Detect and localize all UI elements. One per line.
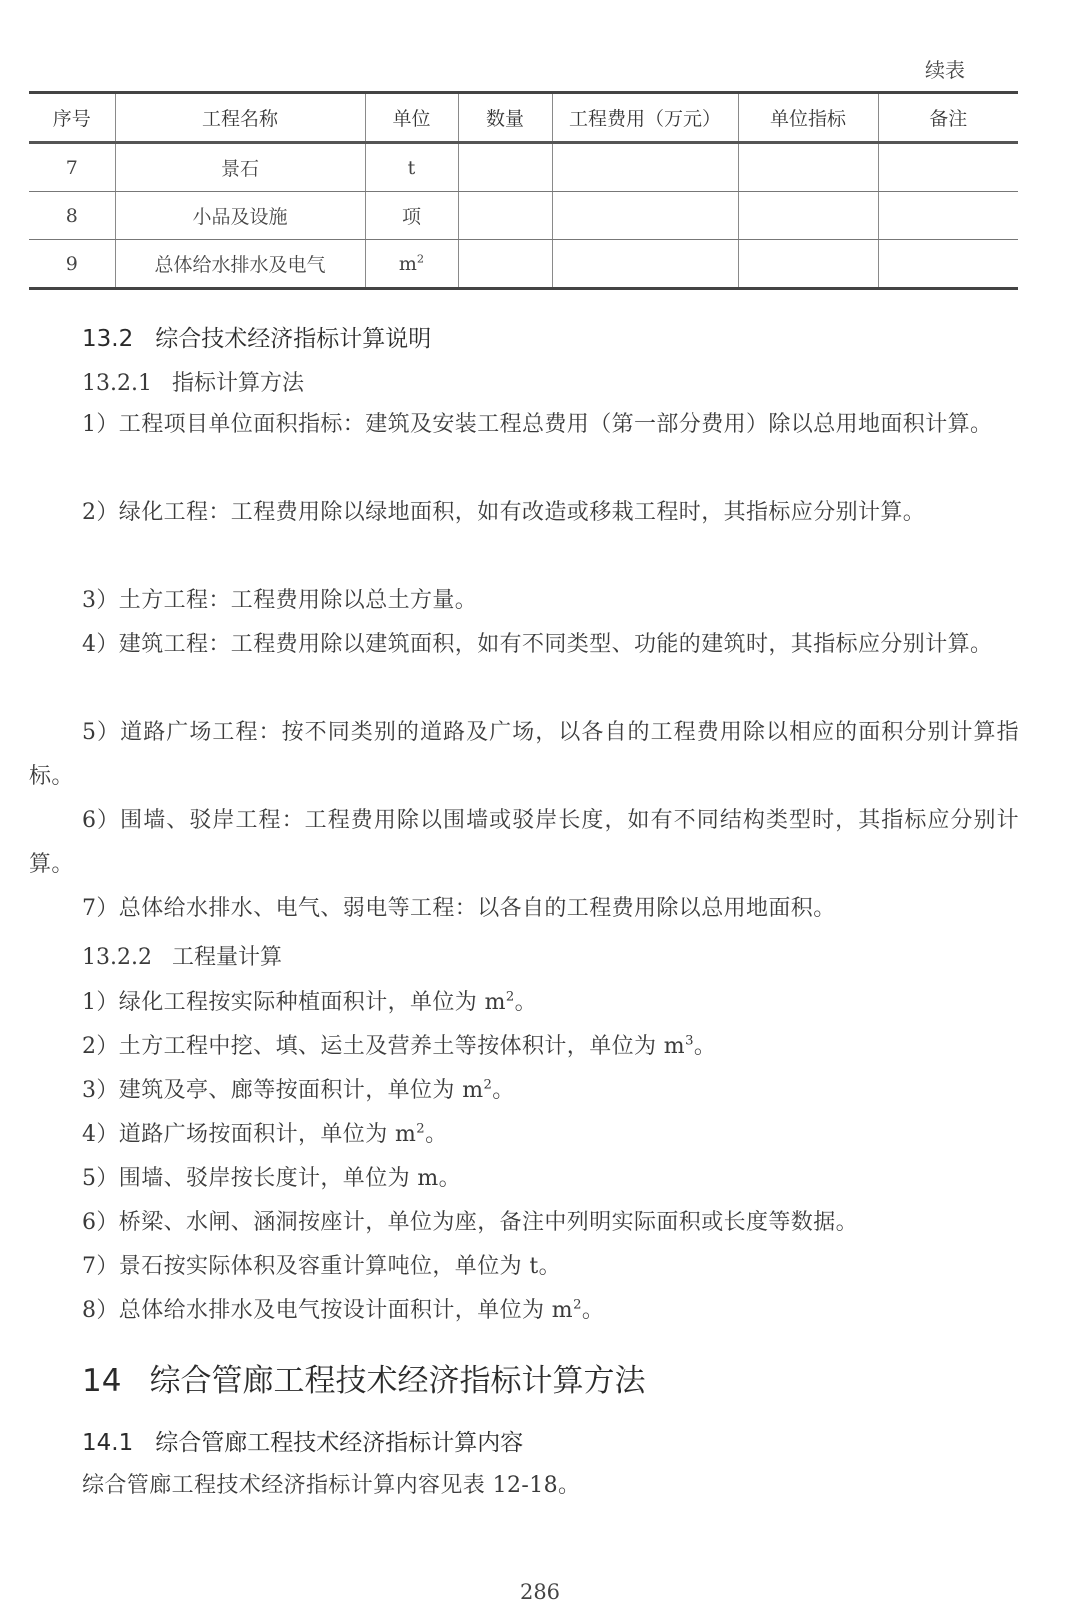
cell-name: 总体给水排水及电气 <box>115 240 365 289</box>
item-text: 3）建筑及亭、廊等按面积计，单位为 m <box>82 1078 483 1103</box>
header-name: 工程名称 <box>115 93 365 143</box>
page-number: 286 <box>0 1580 1080 1604</box>
subsection-title: 指标计算方法 <box>172 371 304 396</box>
cell-cost <box>552 143 738 192</box>
item-sup: 2 <box>483 1078 492 1093</box>
item-text: 1）绿化工程按实际种植面积计，单位为 m <box>82 990 506 1015</box>
paragraph: 综合管廊工程技术经济指标计算内容见表 12-18。 <box>82 1468 580 1499</box>
cell-no: 8 <box>29 192 115 240</box>
item-text: 7）景石按实际体积及容重计算吨位，单位为 t <box>82 1254 539 1279</box>
paragraph: 3）土方工程：工程费用除以总土方量。 <box>29 579 1019 623</box>
list-item: 8）总体给水排水及电气按设计面积计，单位为 m2。 <box>82 1293 604 1324</box>
section-number: 14.1 <box>82 1430 133 1456</box>
chapter-heading-14: 14综合管廊工程技术经济指标计算方法 <box>82 1355 645 1400</box>
table-row: 7 景石 t <box>29 143 1018 192</box>
list-item: 5）围墙、驳岸按长度计，单位为 m。 <box>82 1161 461 1192</box>
paragraph: 1）工程项目单位面积指标：建筑及安装工程总费用（第一部分费用）除以总用地面积计算… <box>29 403 1019 447</box>
cell-name: 景石 <box>115 143 365 192</box>
item-text: 5）围墙、驳岸按长度计，单位为 m <box>82 1166 439 1191</box>
unit-text: 项 <box>402 206 421 228</box>
subsection-number: 13.2.1 <box>82 371 152 396</box>
item-end: 。 <box>582 1298 604 1323</box>
header-cost: 工程费用（万元） <box>552 93 738 143</box>
paragraph: 7）总体给水排水、电气、弱电等工程：以各自的工程费用除以总用地面积。 <box>29 887 1019 931</box>
paragraph: 4）建筑工程：工程费用除以建筑面积，如有不同类型、功能的建筑时，其指标应分别计算… <box>29 623 1019 667</box>
cell-name: 小品及设施 <box>115 192 365 240</box>
item-end: 。 <box>694 1034 716 1059</box>
cell-no: 9 <box>29 240 115 289</box>
section-heading-14-1: 14.1综合管廊工程技术经济指标计算内容 <box>82 1424 523 1457</box>
item-end: 。 <box>425 1122 447 1147</box>
cell-note <box>878 192 1018 240</box>
item-text: 2）土方工程中挖、填、运土及营养土等按体积计，单位为 m <box>82 1034 685 1059</box>
header-note: 备注 <box>878 93 1018 143</box>
chapter-title: 综合管廊工程技术经济指标计算方法 <box>149 1363 645 1399</box>
subsection-number: 13.2.2 <box>82 945 152 970</box>
section-title: 综合管廊工程技术经济指标计算内容 <box>155 1430 523 1456</box>
cell-quantity <box>458 143 552 192</box>
table-row: 9 总体给水排水及电气 m2 <box>29 240 1018 289</box>
item-sup: 3 <box>685 1034 694 1049</box>
subsection-title: 工程量计算 <box>172 945 282 970</box>
section-number: 13.2 <box>82 326 133 352</box>
item-end: 。 <box>515 990 537 1015</box>
item-text: 6）桥梁、水闸、涵洞按座计，单位为座，备注中列明实际面积或长度等数据 <box>82 1210 836 1235</box>
subsection-heading-13-2-1: 13.2.1指标计算方法 <box>82 366 304 397</box>
cell-quantity <box>458 192 552 240</box>
cell-unit: 项 <box>365 192 458 240</box>
cell-no: 7 <box>29 143 115 192</box>
header-quantity: 数量 <box>458 93 552 143</box>
cell-quantity <box>458 240 552 289</box>
continued-table-label: 续表 <box>925 54 965 83</box>
section-title: 综合技术经济指标计算说明 <box>155 326 431 352</box>
item-sup: 2 <box>573 1298 582 1313</box>
item-text: 4）道路广场按面积计，单位为 m <box>82 1122 416 1147</box>
header-unit: 单位 <box>365 93 458 143</box>
table-row: 8 小品及设施 项 <box>29 192 1018 240</box>
list-item: 1）绿化工程按实际种植面积计，单位为 m2。 <box>82 985 537 1016</box>
cell-note <box>878 143 1018 192</box>
cell-unit-index <box>738 143 878 192</box>
cost-index-table: 序号 工程名称 单位 数量 工程费用（万元） 单位指标 备注 7 景石 t 8 … <box>29 91 1018 290</box>
section-heading-13-2: 13.2综合技术经济指标计算说明 <box>82 320 431 353</box>
item-sup: 2 <box>506 990 515 1005</box>
unit-sup: 2 <box>417 251 424 265</box>
cell-unit: m2 <box>365 240 458 289</box>
cell-unit: t <box>365 143 458 192</box>
paragraph: 5）道路广场工程：按不同类别的道路及广场，以各自的工程费用除以相应的面积分别计算… <box>29 711 1019 799</box>
unit-text: t <box>408 157 416 179</box>
paragraph: 6）围墙、驳岸工程：工程费用除以围墙或驳岸长度，如有不同结构类型时，其指标应分别… <box>29 799 1019 887</box>
list-item: 6）桥梁、水闸、涵洞按座计，单位为座，备注中列明实际面积或长度等数据。 <box>82 1205 858 1236</box>
paragraph: 2）绿化工程：工程费用除以绿地面积，如有改造或移栽工程时，其指标应分别计算。 <box>29 491 1019 535</box>
header-no: 序号 <box>29 93 115 143</box>
subsection-heading-13-2-2: 13.2.2工程量计算 <box>82 940 282 971</box>
cell-cost <box>552 192 738 240</box>
item-end: 。 <box>439 1166 461 1191</box>
list-item: 7）景石按实际体积及容重计算吨位，单位为 t。 <box>82 1249 561 1280</box>
cell-unit-index <box>738 192 878 240</box>
list-item: 4）道路广场按面积计，单位为 m2。 <box>82 1117 447 1148</box>
list-item: 3）建筑及亭、廊等按面积计，单位为 m2。 <box>82 1073 515 1104</box>
table-header-row: 序号 工程名称 单位 数量 工程费用（万元） 单位指标 备注 <box>29 93 1018 143</box>
unit-text: m <box>399 253 417 275</box>
cell-note <box>878 240 1018 289</box>
chapter-number: 14 <box>82 1363 121 1399</box>
item-text: 8）总体给水排水及电气按设计面积计，单位为 m <box>82 1298 573 1323</box>
cell-unit-index <box>738 240 878 289</box>
item-end: 。 <box>836 1210 858 1235</box>
item-sup: 2 <box>416 1122 425 1137</box>
item-end: 。 <box>539 1254 561 1279</box>
header-unit-index: 单位指标 <box>738 93 878 143</box>
cell-cost <box>552 240 738 289</box>
item-end: 。 <box>492 1078 514 1103</box>
list-item: 2）土方工程中挖、填、运土及营养土等按体积计，单位为 m3。 <box>82 1029 716 1060</box>
